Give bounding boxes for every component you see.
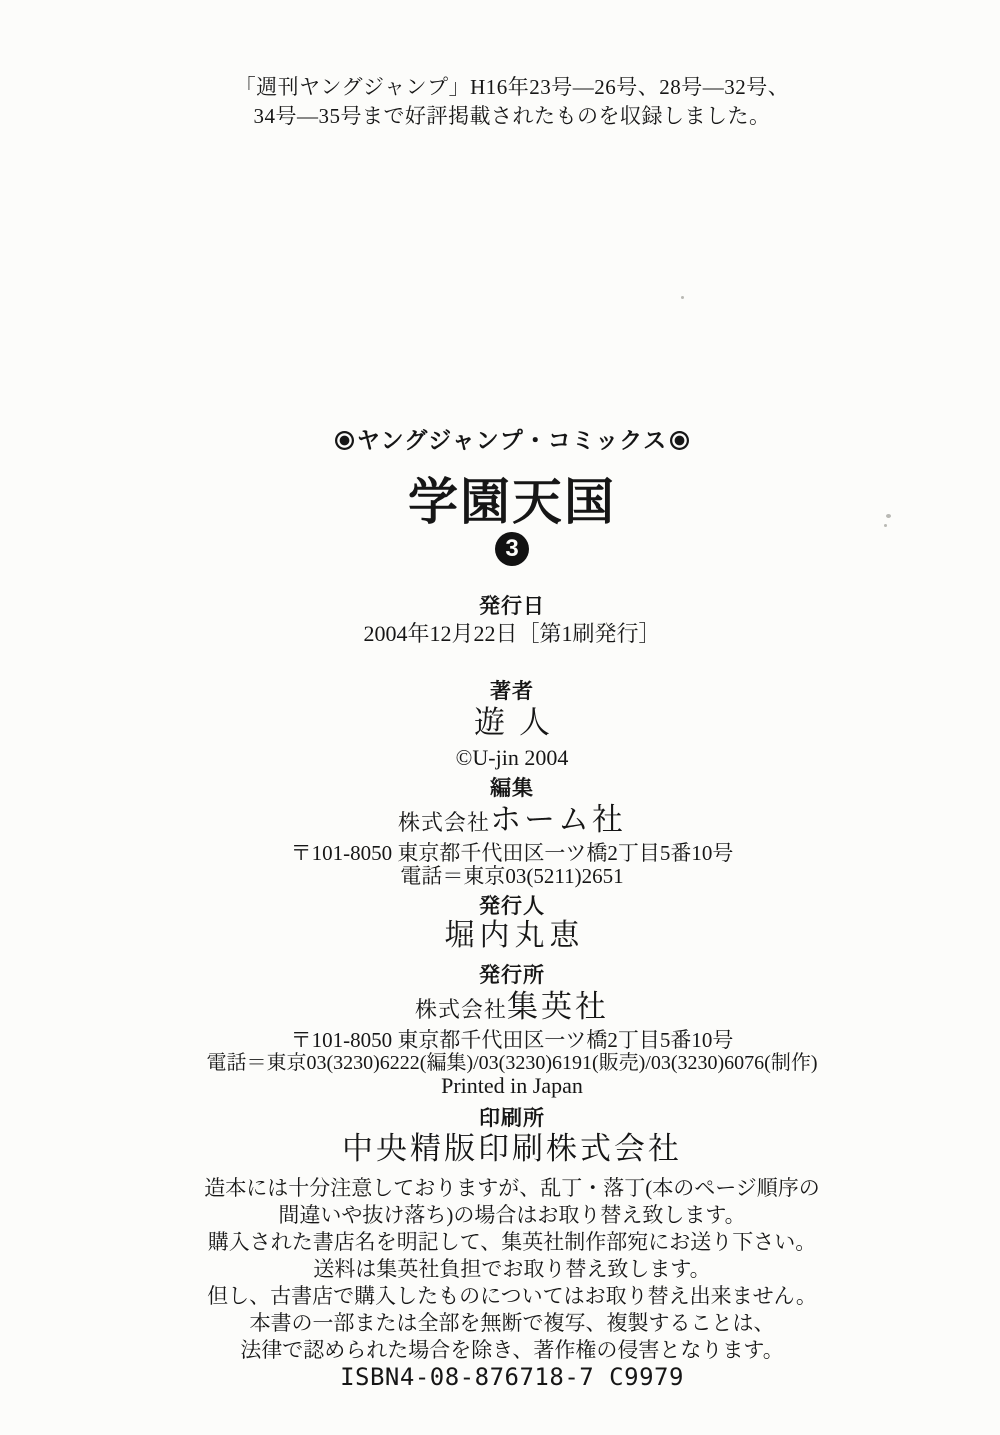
publisher-address: 〒101-8050 東京都千代田区一ツ橋2丁目5番10号 xyxy=(12,1029,1000,1052)
publisher-rep-name: 堀内丸恵 xyxy=(12,919,1000,953)
notice-line: 購入された書店名を明記して、集英社制作部宛にお送り下さい。 xyxy=(12,1229,1000,1256)
author-name: 遊人 xyxy=(12,705,1000,741)
serialization-note-line2: 34号―35号まで好評掲載されたものを収録しました。 xyxy=(12,102,1000,131)
copyright-line: ©U-jin 2004 xyxy=(12,746,1000,770)
serialization-note: 「週刊ヤングジャンプ」H16年23号―26号、28号―32号、 34号―35号ま… xyxy=(12,0,1000,131)
volume-badge-wrap: 3 xyxy=(12,532,1000,568)
colophon-page: 「週刊ヤングジャンプ」H16年23号―26号、28号―32号、 34号―35号ま… xyxy=(0,0,1000,1435)
publisher-phone: 電話＝東京03(3230)6222(編集)/03(3230)6191(販売)/0… xyxy=(12,1052,1000,1074)
series-label-text: ヤングジャンプ・コミックス xyxy=(357,425,667,455)
issue-date-value: 2004年12月22日［第1刷発行］ xyxy=(12,620,1000,648)
printer-name: 中央精版印刷株式会社 xyxy=(12,1131,1000,1167)
editor-company-prefix: 株式会社 xyxy=(398,810,490,835)
notice-line: 送料は集英社負担でお取り替え致します。 xyxy=(12,1256,1000,1283)
editor-phone: 電話＝東京03(5211)2651 xyxy=(12,865,1000,887)
publisher-company-prefix: 株式会社 xyxy=(415,997,507,1022)
printed-in-japan: Printed in Japan xyxy=(12,1074,1000,1098)
printer-label: 印刷所 xyxy=(12,1107,1000,1131)
editor-label: 編集 xyxy=(12,777,1000,801)
notice-line: 本書の一部または全部を無断で複写、複製することは、 xyxy=(12,1310,1000,1337)
series-label: ヤングジャンプ・コミックス xyxy=(12,425,1000,455)
notice-line: 間違いや抜け落ち)の場合はお取り替え致します。 xyxy=(12,1202,1000,1229)
publisher-company: 株式会社集英社 xyxy=(12,988,1000,1029)
author-label: 著者 xyxy=(12,680,1000,704)
editor-address: 〒101-8050 東京都千代田区一ツ橋2丁目5番10号 xyxy=(12,842,1000,865)
isbn-code: ISBN4-08-876718-7 C9979 xyxy=(12,1364,1000,1390)
publisher-label: 発行所 xyxy=(12,964,1000,988)
book-title: 学園天国 xyxy=(12,475,1000,529)
colophon-column: 「週刊ヤングジャンプ」H16年23号―26号、28号―32号、 34号―35号ま… xyxy=(12,0,1000,1390)
notice-line: 法律で認められた場合を除き、著作権の侵害となります。 xyxy=(12,1337,1000,1364)
serialization-note-line1: 「週刊ヤングジャンプ」H16年23号―26号、28号―32号、 xyxy=(12,73,1000,102)
issue-date-label: 発行日 xyxy=(12,595,1000,619)
publisher-company-name: 集英社 xyxy=(507,989,609,1024)
publisher-rep-label: 発行人 xyxy=(12,895,1000,919)
notice-line: 造本には十分注意しておりますが、乱丁・落丁(本のページ順序の xyxy=(12,1175,1000,1202)
fisheye-bullet-icon xyxy=(670,431,689,450)
editor-company-name: ホーム社 xyxy=(490,802,626,837)
volume-number-badge: 3 xyxy=(495,532,529,566)
editor-company: 株式会社ホーム社 xyxy=(12,801,1000,842)
fisheye-bullet-icon xyxy=(335,431,354,450)
handling-notice: 造本には十分注意しておりますが、乱丁・落丁(本のページ順序の 間違いや抜け落ち)… xyxy=(12,1175,1000,1364)
notice-line: 但し、古書店で購入したものについてはお取り替え出来ません。 xyxy=(12,1283,1000,1310)
